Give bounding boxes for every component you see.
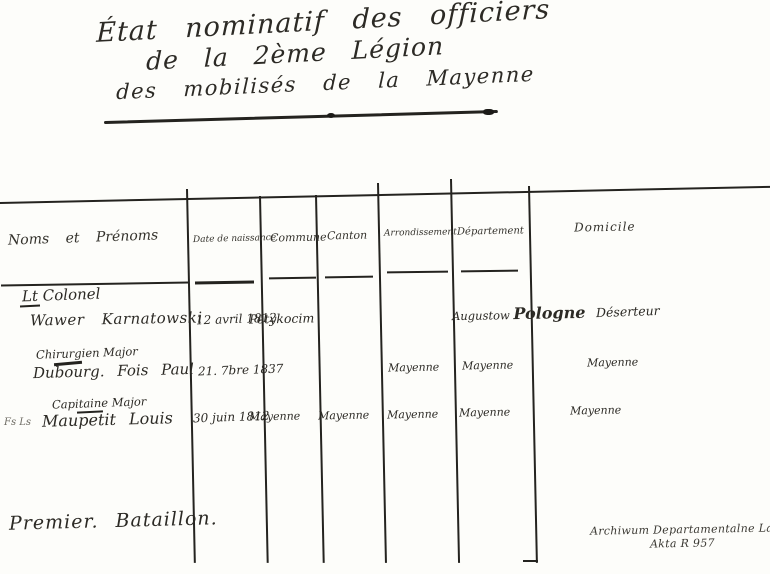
row3-name: Maupetit Louis <box>42 410 173 429</box>
section-label-premier-bataillon: Premier. Bataillon. <box>9 509 218 533</box>
header-commune: Commune <box>270 232 327 244</box>
archive-stamp-line1: Archiwum Departamentalne Laval <box>590 522 770 536</box>
column-divider-3 <box>315 195 324 563</box>
column-divider-4 <box>377 183 387 563</box>
row3-domicile: Mayenne <box>570 405 621 417</box>
header-underline-arrondissement <box>387 271 448 274</box>
row2-rank: Chirurgien Major <box>36 346 138 361</box>
row1-rank: Lt Colonel <box>22 287 101 305</box>
row2-domicile: Mayenne <box>587 357 638 369</box>
header-underline-departement <box>461 270 518 273</box>
header-canton: Canton <box>327 230 367 242</box>
title-underline-rule <box>104 110 498 124</box>
header-underline-commune <box>269 277 316 280</box>
row1-rank-flourish <box>20 304 40 307</box>
row2-arrondissement: Mayenne <box>388 362 439 374</box>
header-arrondissement: Arrondissement <box>384 228 457 238</box>
ink-blot <box>327 113 335 118</box>
row3-arrondissement: Mayenne <box>387 409 438 421</box>
row1-departement: Augustow Pologne <box>452 305 586 323</box>
column-divider-2 <box>259 196 268 563</box>
row1-domicile: Déserteur <box>596 305 660 320</box>
row1-name: Wawer Karnatowski <box>30 310 203 328</box>
row3-canton: Mayenne <box>318 410 369 422</box>
table-top-border <box>0 186 770 204</box>
column-divider-6 <box>528 186 537 563</box>
header-noms-prenoms: Noms et Prénoms <box>8 228 159 247</box>
header-underline-date <box>195 280 254 284</box>
row1-commune: Pétykocim <box>249 312 315 326</box>
row2-departement: Mayenne <box>462 360 513 372</box>
archive-stamp-line2: Akta R 957 <box>650 537 715 549</box>
row3-commune: Mayenne <box>249 411 300 423</box>
row2-name: Dubourg. Fois Paul <box>33 362 194 381</box>
row2-birth-date: 21. 7bre 1837 <box>198 363 284 378</box>
row3-departement: Mayenne <box>459 407 510 419</box>
ink-blot <box>483 109 494 115</box>
column-divider-foot-tick <box>523 560 538 562</box>
row3-name-prefix: Fs Ls <box>4 418 31 428</box>
row1-departement-town: Augustow <box>452 308 510 323</box>
header-underline-canton <box>325 276 373 279</box>
row1-departement-country: Pologne <box>513 303 585 323</box>
scanned-register-page: État nominatif des officiers de la 2ème … <box>0 0 770 574</box>
header-departement: Département <box>457 226 524 237</box>
header-domicile: Domicile <box>574 220 636 233</box>
header-date-naissance: Date de naissance <box>193 234 276 245</box>
